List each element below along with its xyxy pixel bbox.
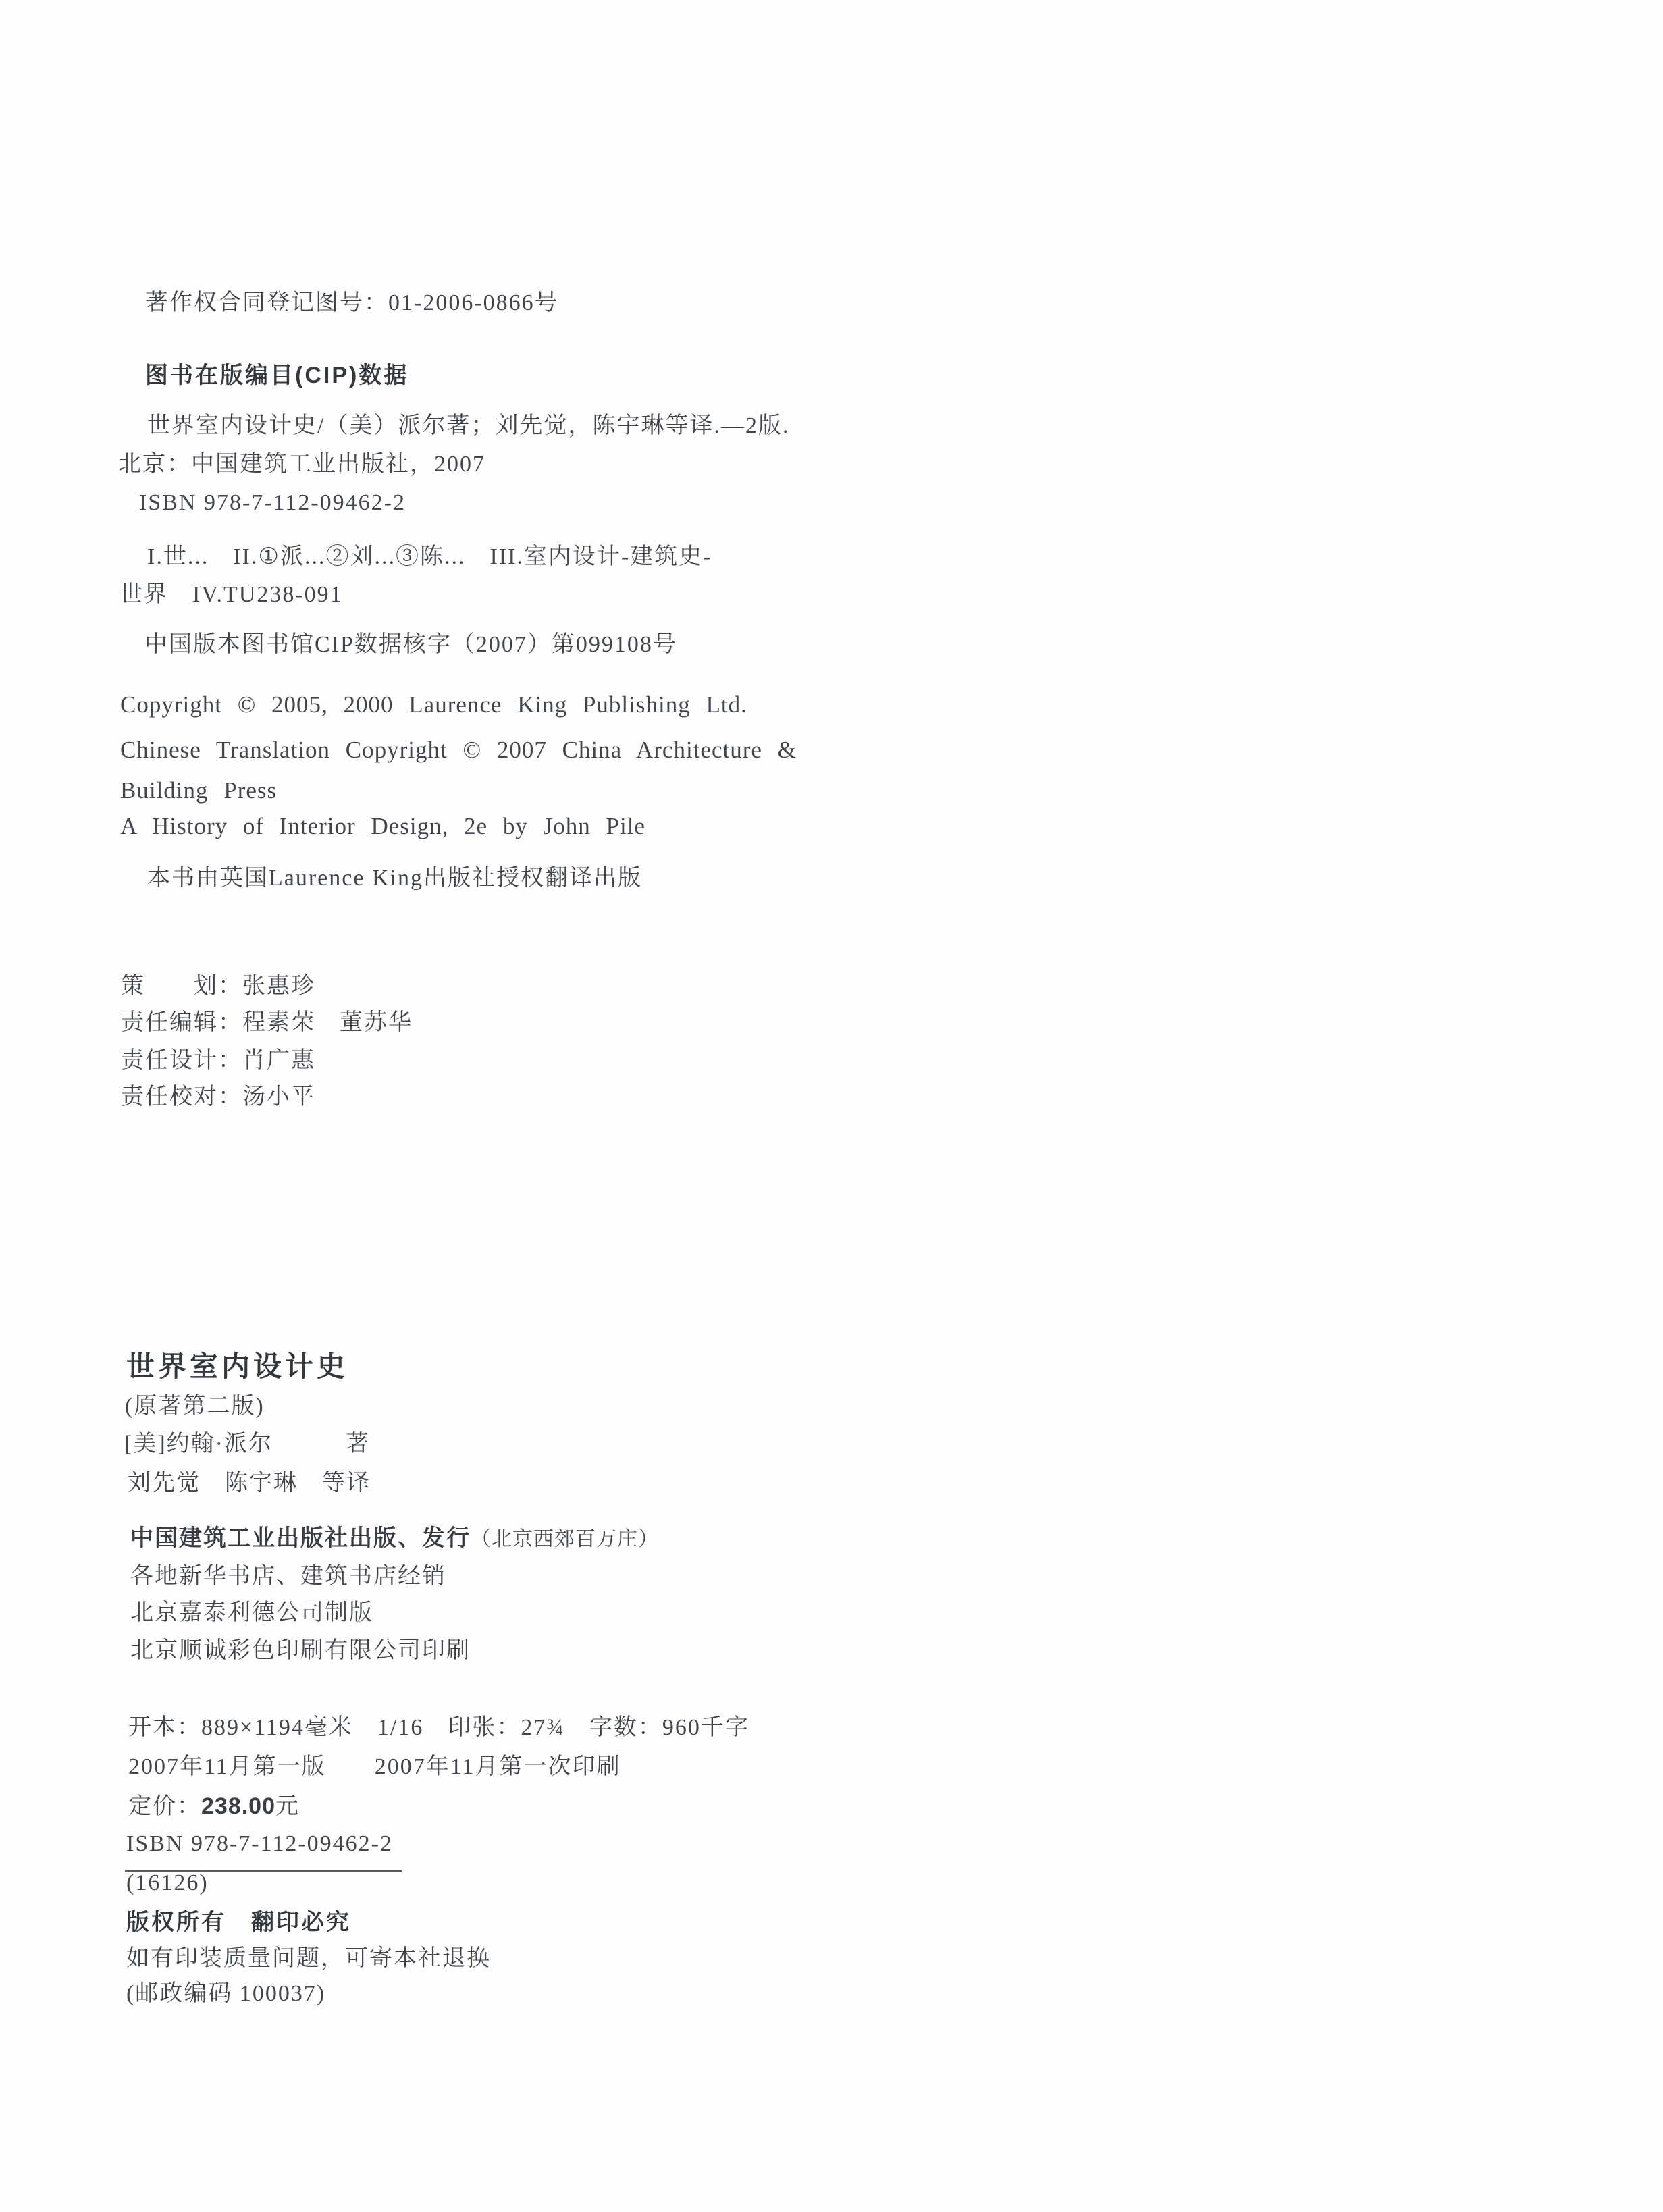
staff-planning-line: 策 划：张惠珍: [121, 972, 315, 1001]
publisher-location: （北京西郊百万庄）: [471, 1528, 659, 1550]
printing-line: 北京顺诚彩色印刷有限公司印刷: [130, 1637, 471, 1666]
cip-section-title: 图书在版编目(CIP)数据: [145, 361, 408, 390]
cip-description-line-2: 北京：中国建筑工业出版社，2007: [118, 450, 485, 479]
price-label: 定价：: [128, 1794, 201, 1819]
price-value: 238.00: [201, 1793, 275, 1819]
cip-classification-line-1: I.世... II.①派...②刘...③陈... III.室内设计-建筑史-: [147, 543, 712, 572]
quality-notice-line: 如有印装质量问题，可寄本社退换: [126, 1945, 491, 1974]
copyright-colophon-page: 著作权合同登记图号：01-2006-0866号 图书在版编目(CIP)数据 世界…: [0, 0, 1663, 2212]
book-title: 世界室内设计史: [126, 1349, 348, 1385]
edition-printing-line: 2007年11月第一版 2007年11月第一次印刷: [128, 1753, 621, 1782]
cip-classification-line-2: 世界 IV.TU238-091: [120, 581, 343, 610]
english-copyright-line-2: Chinese Translation Copyright © 2007 Chi…: [120, 735, 797, 765]
english-copyright-line-1: Copyright © 2005, 2000 Laurence King Pub…: [120, 690, 747, 720]
price-unit: 元: [275, 1794, 300, 1819]
staff-proofreader-line: 责任校对：汤小平: [121, 1083, 315, 1112]
format-spec-line: 开本：889×1194毫米 1/16 印张：27¾ 字数：960千字: [128, 1714, 749, 1743]
copyright-registration-line: 著作权合同登记图号：01-2006-0866号: [145, 289, 559, 318]
english-title-line: A History of Interior Design, 2e by John…: [120, 812, 645, 841]
publisher-line: 中国建筑工业出版社出版、发行（北京西郊百万庄）: [130, 1525, 659, 1554]
price-line: 定价：238.00元: [128, 1792, 300, 1822]
author-line: [美]约翰·派尔 著: [124, 1430, 370, 1459]
platemaking-line: 北京嘉泰利德公司制版: [130, 1599, 373, 1628]
edition-note-line: (原著第二版): [125, 1392, 265, 1421]
cip-isbn-line: ISBN 978-7-112-09462-2: [139, 489, 406, 518]
cip-description-line-1: 世界室内设计史/（美）派尔著；刘先觉，陈宇琳等译.—2版.: [147, 412, 789, 441]
publisher-name: 中国建筑工业出版社出版、发行: [130, 1526, 471, 1551]
isbn-number: ISBN 978-7-112-09462-2: [125, 1830, 402, 1872]
staff-designer-line: 责任设计：肖广惠: [121, 1047, 315, 1076]
cip-record-number-line: 中国版本图书馆CIP数据核字（2007）第099108号: [144, 631, 677, 660]
rights-notice-line: 版权所有 翻印必究: [126, 1908, 351, 1937]
stock-number-line: (16126): [126, 1869, 209, 1898]
staff-editor-line: 责任编辑：程素荣 董苏华: [121, 1009, 413, 1038]
english-copyright-line-3: Building Press: [120, 776, 277, 806]
distribution-line: 各地新华书店、建筑书店经销: [130, 1562, 446, 1591]
isbn-line: ISBN 978-7-112-09462-2: [125, 1830, 402, 1872]
translators-line: 刘先觉 陈宇琳 等译: [128, 1469, 371, 1498]
postal-code-line: (邮政编码 100037): [126, 1980, 325, 2009]
authorization-line: 本书由英国Laurence King出版社授权翻译出版: [147, 864, 642, 893]
